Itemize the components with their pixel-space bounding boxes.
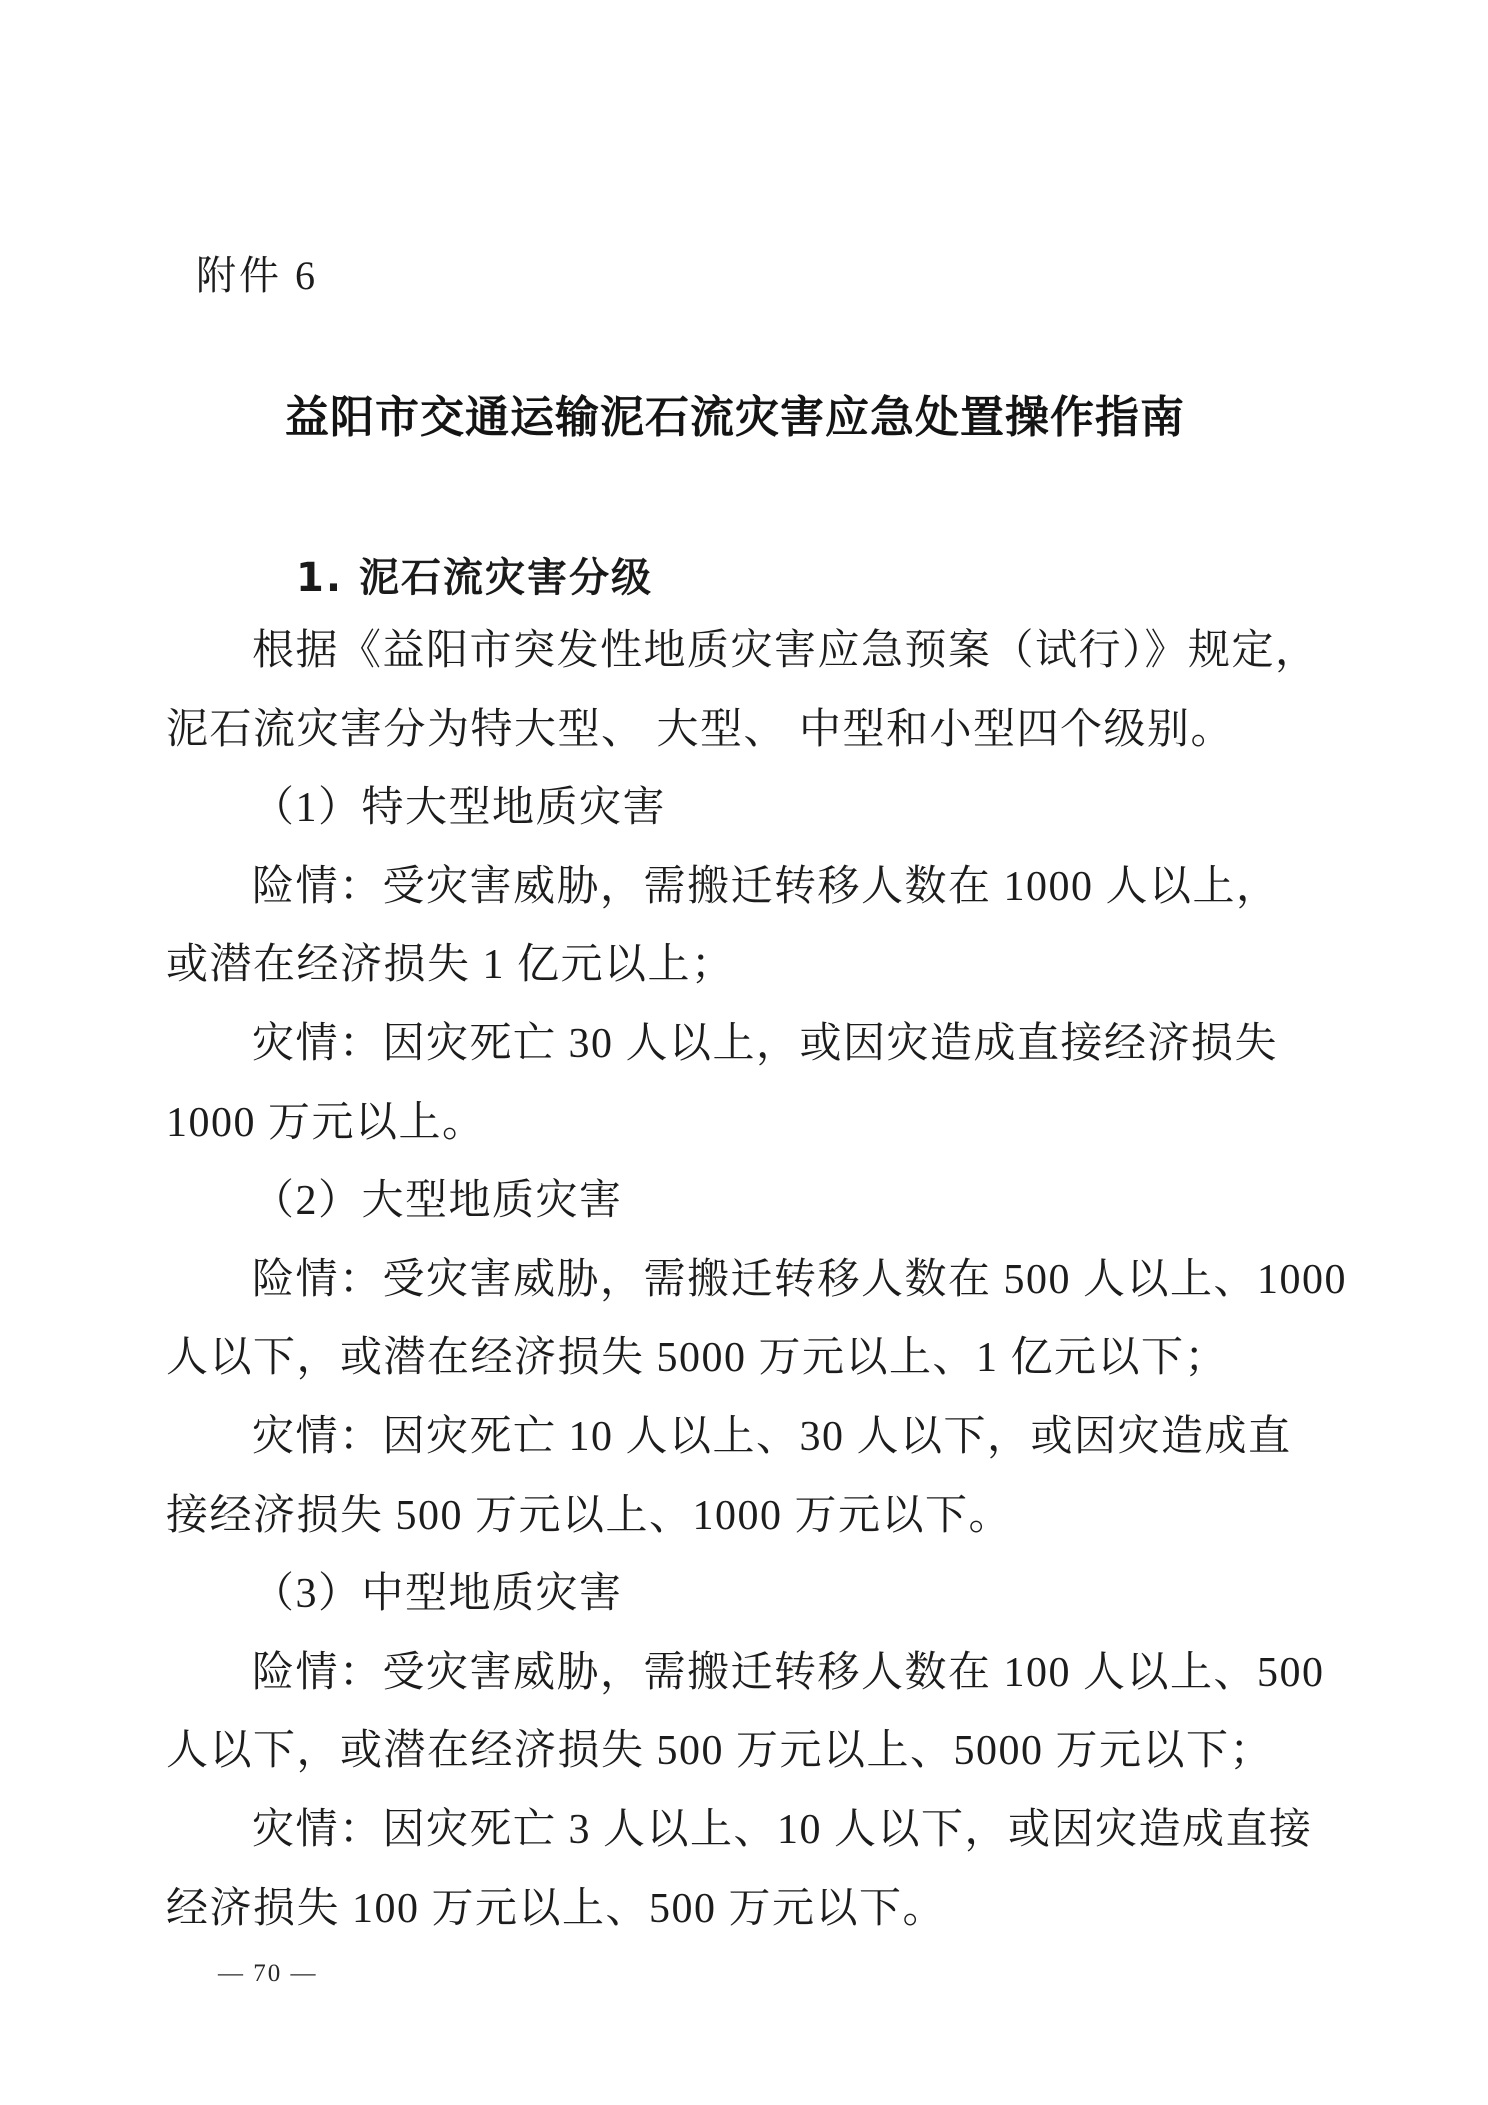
- text-line: 人以下，或潜在经济损失 5000 万元以上、1 亿元以下；: [166, 1319, 1326, 1398]
- text-line: 险情：受灾害威胁，需搬迁转移人数在 100 人以上、500: [166, 1634, 1326, 1713]
- text-line: 或潜在经济损失 1 亿元以上；: [166, 926, 1326, 1005]
- text-line: （2）大型地质灾害: [166, 1162, 1326, 1241]
- text-line: 险情：受灾害威胁，需搬迁转移人数在 500 人以上、1000: [166, 1241, 1326, 1320]
- text-line: 险情：受灾害威胁，需搬迁转移人数在 1000 人以上，: [166, 848, 1326, 927]
- text-line: 灾情：因灾死亡 3 人以上、10 人以下，或因灾造成直接: [166, 1791, 1326, 1870]
- text-line: （1）特大型地质灾害: [166, 769, 1326, 848]
- text-line: 根据《益阳市突发性地质灾害应急预案（试行）》规定，: [166, 612, 1326, 691]
- page-title: 益阳市交通运输泥石流灾害应急处置操作指南: [160, 381, 1310, 445]
- footer-page-number: — 70 —: [218, 1960, 318, 1988]
- text-line: 接经济损失 500 万元以上、1000 万元以下。: [166, 1477, 1326, 1556]
- text-line: 1000 万元以上。: [166, 1084, 1326, 1163]
- text-line: 人以下，或潜在经济损失 500 万元以上、5000 万元以下；: [166, 1712, 1326, 1791]
- text-line: （3）中型地质灾害: [166, 1555, 1326, 1634]
- text-line: 灾情：因灾死亡 10 人以上、30 人以下，或因灾造成直: [166, 1398, 1326, 1477]
- text-line: 经济损失 100 万元以上、500 万元以下。: [166, 1870, 1326, 1949]
- text-line: 灾情：因灾死亡 30 人以上，或因灾造成直接经济损失: [166, 1005, 1326, 1084]
- attachment-label: 附件 6: [196, 252, 318, 300]
- section-heading: 1. 泥石流灾害分级: [296, 546, 653, 603]
- document-page: 附件 6 益阳市交通运输泥石流灾害应急处置操作指南 1. 泥石流灾害分级 根据《…: [0, 0, 1488, 2105]
- text-line: 泥石流灾害分为特大型、 大型、 中型和小型四个级别。: [166, 691, 1326, 770]
- body-text: 根据《益阳市突发性地质灾害应急预案（试行）》规定， 泥石流灾害分为特大型、 大型…: [166, 612, 1326, 1948]
